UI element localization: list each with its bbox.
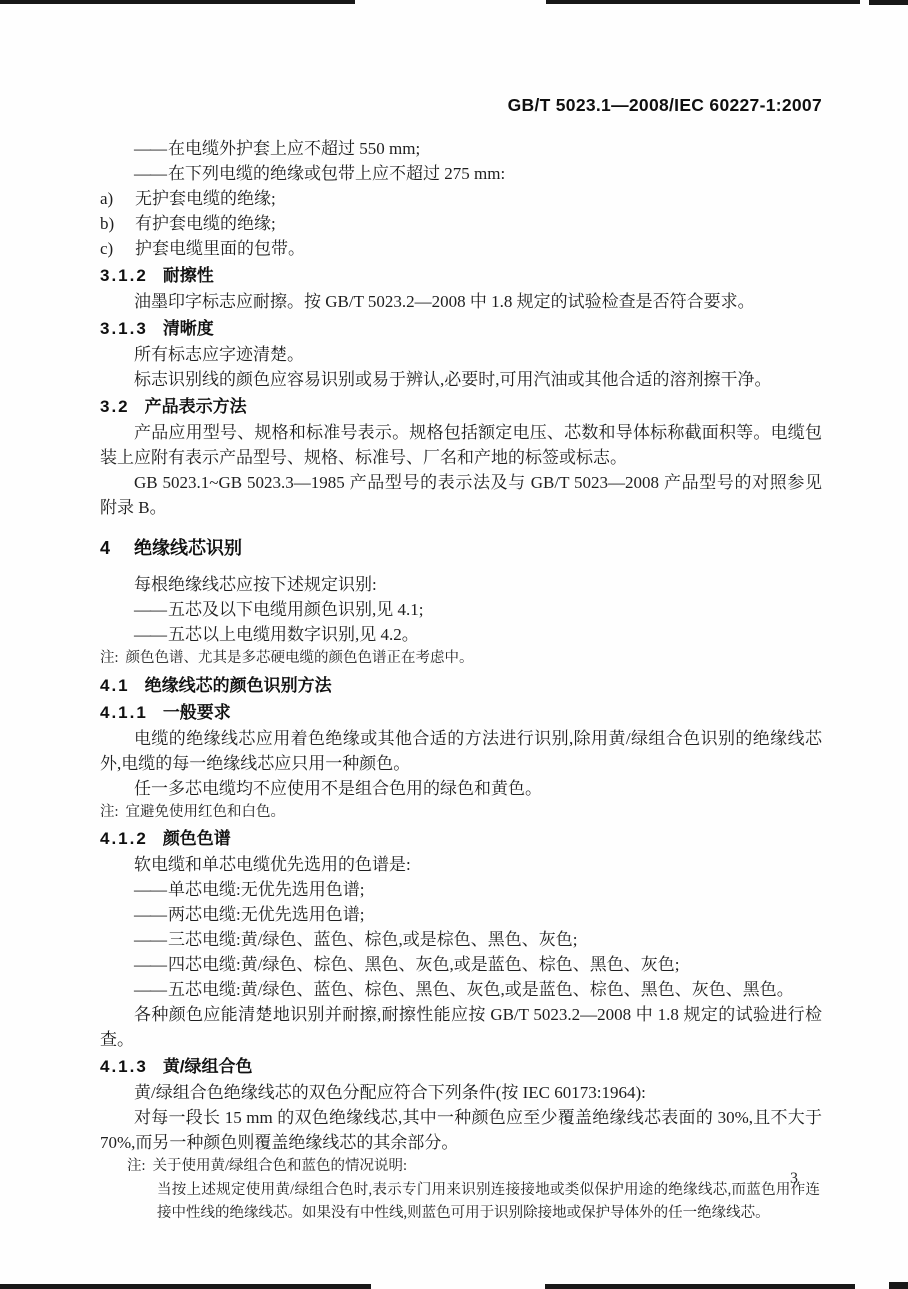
section-title: 黄/绿组合色 [163,1057,253,1076]
scan-artifact-top-right [869,0,908,5]
dash-icon: —— [134,905,166,924]
dash-icon: —— [134,880,166,899]
note-paragraph: 当按上述规定使用黄/绿组合色时,表示专门用来识别连接接地或类似保护用途的绝缘线芯… [157,1179,820,1226]
section-number: 3.2 [100,397,130,416]
scanned-standard-page: GB/T 5023.1—2008/IEC 60227-1:2007 ——在电缆外… [0,0,908,1289]
body-paragraph: 软电缆和单芯电缆优先选用的色谱是: [100,852,822,877]
note-label: 注: [100,804,119,820]
dash-list-item: ——两芯电缆:无优先选用色谱; [100,902,822,927]
scan-artifact-bottom-left [0,1284,371,1289]
section-number: 4.1 [100,676,130,695]
section-number: 3.1.2 [100,266,148,285]
lettered-list-item-c: c)护套电缆里面的包带。 [100,236,822,261]
dash-icon: —— [134,164,166,183]
dash-list-item: ——五芯及以下电缆用颜色识别,见 4.1; [100,597,822,622]
document-body: ——在电缆外护套上应不超过 550 mm;——在下列电缆的绝缘或包带上应不超过 … [100,136,822,1226]
section-number: 4 [100,538,112,558]
section-title: 清晰度 [163,319,214,338]
body-paragraph: GB 5023.1~GB 5023.3—1985 产品型号的表示法及与 GB/T… [100,470,822,520]
dash-icon: —— [134,955,166,974]
dash-list-item: ——在电缆外护套上应不超过 550 mm; [100,136,822,161]
section-heading-4-1-3: 4.1.3黄/绿组合色 [100,1054,822,1079]
scan-artifact-bottom-middle [545,1284,855,1289]
body-paragraph: 任一多芯电缆均不应使用不是组合色用的绿色和黄色。 [100,776,822,801]
note-label: 注: [127,1158,146,1174]
dash-list-item: ——三芯电缆:黄/绿色、蓝色、棕色,或是棕色、黑色、灰色; [100,927,822,952]
list-item-label: c) [100,236,122,261]
lettered-list-item-b: b)有护套电缆的绝缘; [100,211,822,236]
dash-icon: —— [134,600,166,619]
body-paragraph: 对每一段长 15 mm 的双色绝缘线芯,其中一种颜色应至少覆盖绝缘线芯表面的 3… [100,1105,822,1155]
section-heading-3-1-2: 3.1.2耐擦性 [100,263,822,288]
page-number: 3 [790,1170,798,1188]
body-paragraph: 黄/绿组合色绝缘线芯的双色分配应符合下列条件(按 IEC 60173:1964)… [100,1080,822,1105]
dash-icon: —— [134,139,166,158]
dash-icon: —— [134,980,166,999]
list-item-label: a) [100,186,122,211]
body-paragraph: 电缆的绝缘线芯应用着色绝缘或其他合适的方法进行识别,除用黄/绿组合色识别的绝缘线… [100,726,822,776]
section-heading-4: 4绝缘线芯识别 [100,535,822,562]
section-title: 绝缘线芯识别 [134,538,242,558]
body-paragraph: 产品应用型号、规格和标准号表示。规格包括额定电压、芯数和导体标称截面积等。电缆包… [100,420,822,470]
section-title: 产品表示方法 [145,397,247,416]
body-paragraph: 标志识别线的颜色应容易识别或易于辨认,必要时,可用汽油或其他合适的溶剂擦干净。 [100,367,822,392]
section-title: 颜色色谱 [163,829,231,848]
note-block: 注:关于使用黄/绿组合色和蓝色的情况说明:当按上述规定使用黄/绿组合色时,表示专… [115,1155,822,1226]
body-paragraph: 每根绝缘线芯应按下述规定识别: [100,572,822,597]
dash-list-item: ——五芯以上电缆用数字识别,见 4.2。 [100,622,822,647]
dash-list-item: ——单芯电缆:无优先选用色谱; [100,877,822,902]
dash-icon: —— [134,930,166,949]
page-header: GB/T 5023.1—2008/IEC 60227-1:2007 [100,95,822,117]
section-heading-3-1-3: 3.1.3清晰度 [100,316,822,341]
note-label: 注: [100,650,119,666]
scan-artifact-top-left [0,0,355,4]
dash-list-item: ——在下列电缆的绝缘或包带上应不超过 275 mm: [100,161,822,186]
body-paragraph: 各种颜色应能清楚地识别并耐擦,耐擦性能应按 GB/T 5023.2—2008 中… [100,1002,822,1052]
scan-artifact-bottom-right [889,1282,908,1289]
section-heading-4-1-1: 4.1.1一般要求 [100,700,822,725]
standard-number: GB/T 5023.1—2008/IEC 60227-1:2007 [508,95,822,115]
section-number: 4.1.2 [100,829,148,848]
section-number: 4.1.1 [100,703,148,722]
note-lead: 注:关于使用黄/绿组合色和蓝色的情况说明: [127,1155,822,1179]
section-heading-4-1: 4.1绝缘线芯的颜色识别方法 [100,673,822,698]
section-heading-4-1-2: 4.1.2颜色色谱 [100,826,822,851]
lettered-list-item-a: a)无护套电缆的绝缘; [100,186,822,211]
scan-artifact-top-middle [546,0,860,4]
body-paragraph: 所有标志应字迹清楚。 [100,342,822,367]
dash-list-item: ——五芯电缆:黄/绿色、蓝色、棕色、黑色、灰色,或是蓝色、棕色、黑色、灰色、黑色… [100,977,822,1002]
section-title: 耐擦性 [163,266,214,285]
section-heading-3-2: 3.2产品表示方法 [100,394,822,419]
body-paragraph: 油墨印字标志应耐擦。按 GB/T 5023.2—2008 中 1.8 规定的试验… [100,289,822,314]
note: 注:颜色色谱、尤其是多芯硬电缆的颜色色谱正在考虑中。 [100,647,822,671]
dash-list-item: ——四芯电缆:黄/绿色、棕色、黑色、灰色,或是蓝色、棕色、黑色、灰色; [100,952,822,977]
note: 注:宜避免使用红色和白色。 [100,801,822,825]
section-number: 4.1.3 [100,1057,148,1076]
dash-icon: —— [134,625,166,644]
section-title: 一般要求 [163,703,231,722]
section-title: 绝缘线芯的颜色识别方法 [145,676,332,695]
section-number: 3.1.3 [100,319,148,338]
list-item-label: b) [100,211,122,236]
